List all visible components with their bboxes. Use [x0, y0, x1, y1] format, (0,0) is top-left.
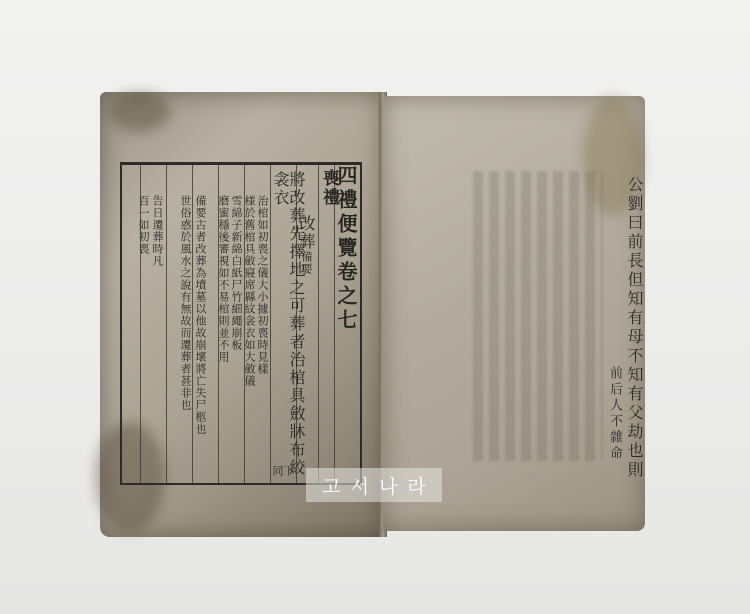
right-text-column: 前后人不雜命	[605, 366, 624, 462]
text-column: 告日遷葬時凡	[152, 195, 163, 267]
text-column: 世俗惑於風水之說有無故而遷葬者甚非也	[180, 195, 191, 411]
right-text-column: 公劉曰前長但知有母不知有父劫也則	[623, 176, 646, 480]
print-frame: 四禮便覽卷之七 喪禮 改葬 備要 將改葬先擇地之可葬者治棺具斂牀布絞衾衣 治棺如…	[120, 162, 362, 485]
text-column: 將改葬先擇地之可葬者治棺具斂牀布絞衾衣	[272, 171, 304, 483]
text-column: 様於舊棺具斂寢席縣紋衾衣如大斂儀	[244, 195, 255, 387]
bleed-through-text	[473, 171, 603, 461]
text-column: 治棺如初喪之儀大小據初喪時見樣	[257, 195, 268, 375]
text-column: 百一如初喪	[138, 195, 149, 255]
chapter-title: 喪禮	[320, 169, 337, 207]
text-column: 備要古者改葬為墳墓以他故崩壞將亡失尸柩也	[195, 195, 206, 435]
right-page: 公劉曰前長但知有母不知有父劫也則 前后人不雜命	[383, 96, 645, 531]
stain	[110, 92, 170, 132]
text-column: 磨蜜穩後審視如不易棺則並不用	[218, 195, 229, 363]
column-note: 下同	[272, 465, 294, 483]
watermark: 고서나라	[306, 468, 442, 502]
book-title: 四禮便覽卷之七	[336, 165, 356, 333]
text-column: 雪綿子新綿白紙尸竹細繩崩板	[231, 195, 242, 351]
